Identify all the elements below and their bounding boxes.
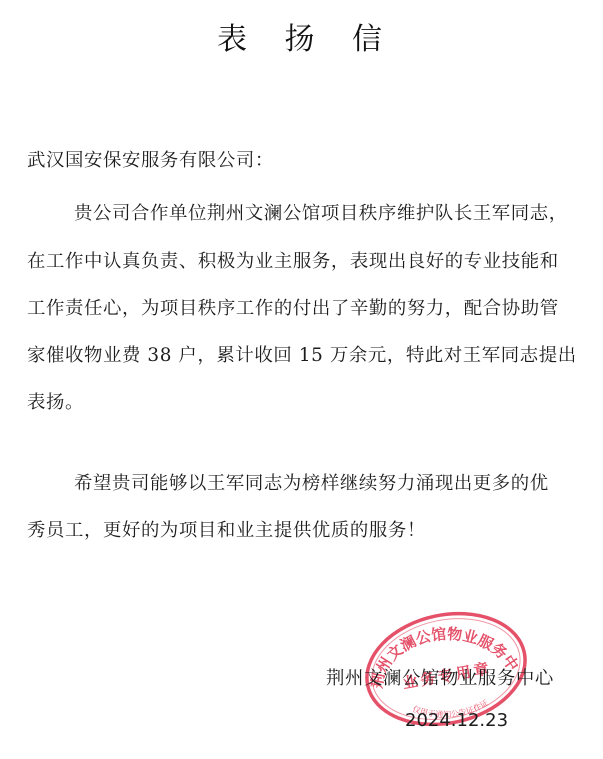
paragraph-line: 贵公司合作单位荆州文澜公馆项目秩序维护队长王军同志， [74, 199, 568, 225]
salutation: 武汉国安保安服务有限公司： [27, 146, 274, 172]
paragraph-line: 希望贵司能够以王军同志为榜样继续努力涌现出更多的优 [74, 469, 549, 495]
signature-organization: 荆州文澜公馆物业服务中心 [326, 664, 554, 690]
letter-date: 2024.12.23 [405, 710, 508, 731]
paragraph-line: 工作责任心，为项目秩序工作的付出了辛勤的努力，配合协助管 [27, 294, 559, 320]
letter-title: 表 扬 信 [0, 14, 603, 58]
paragraph-line: 家催收物业费 38 户，累计收回 15 万余元，特此对王军同志提出 [27, 341, 577, 367]
paragraph-line: 在工作中认真负责、积极为业主服务，表现出良好的专业技能和 [27, 247, 559, 273]
paragraph-line: 秀员工，更好的为项目和业主提供优质的服务！ [27, 516, 426, 542]
paragraph-line: 表扬。 [27, 388, 84, 414]
